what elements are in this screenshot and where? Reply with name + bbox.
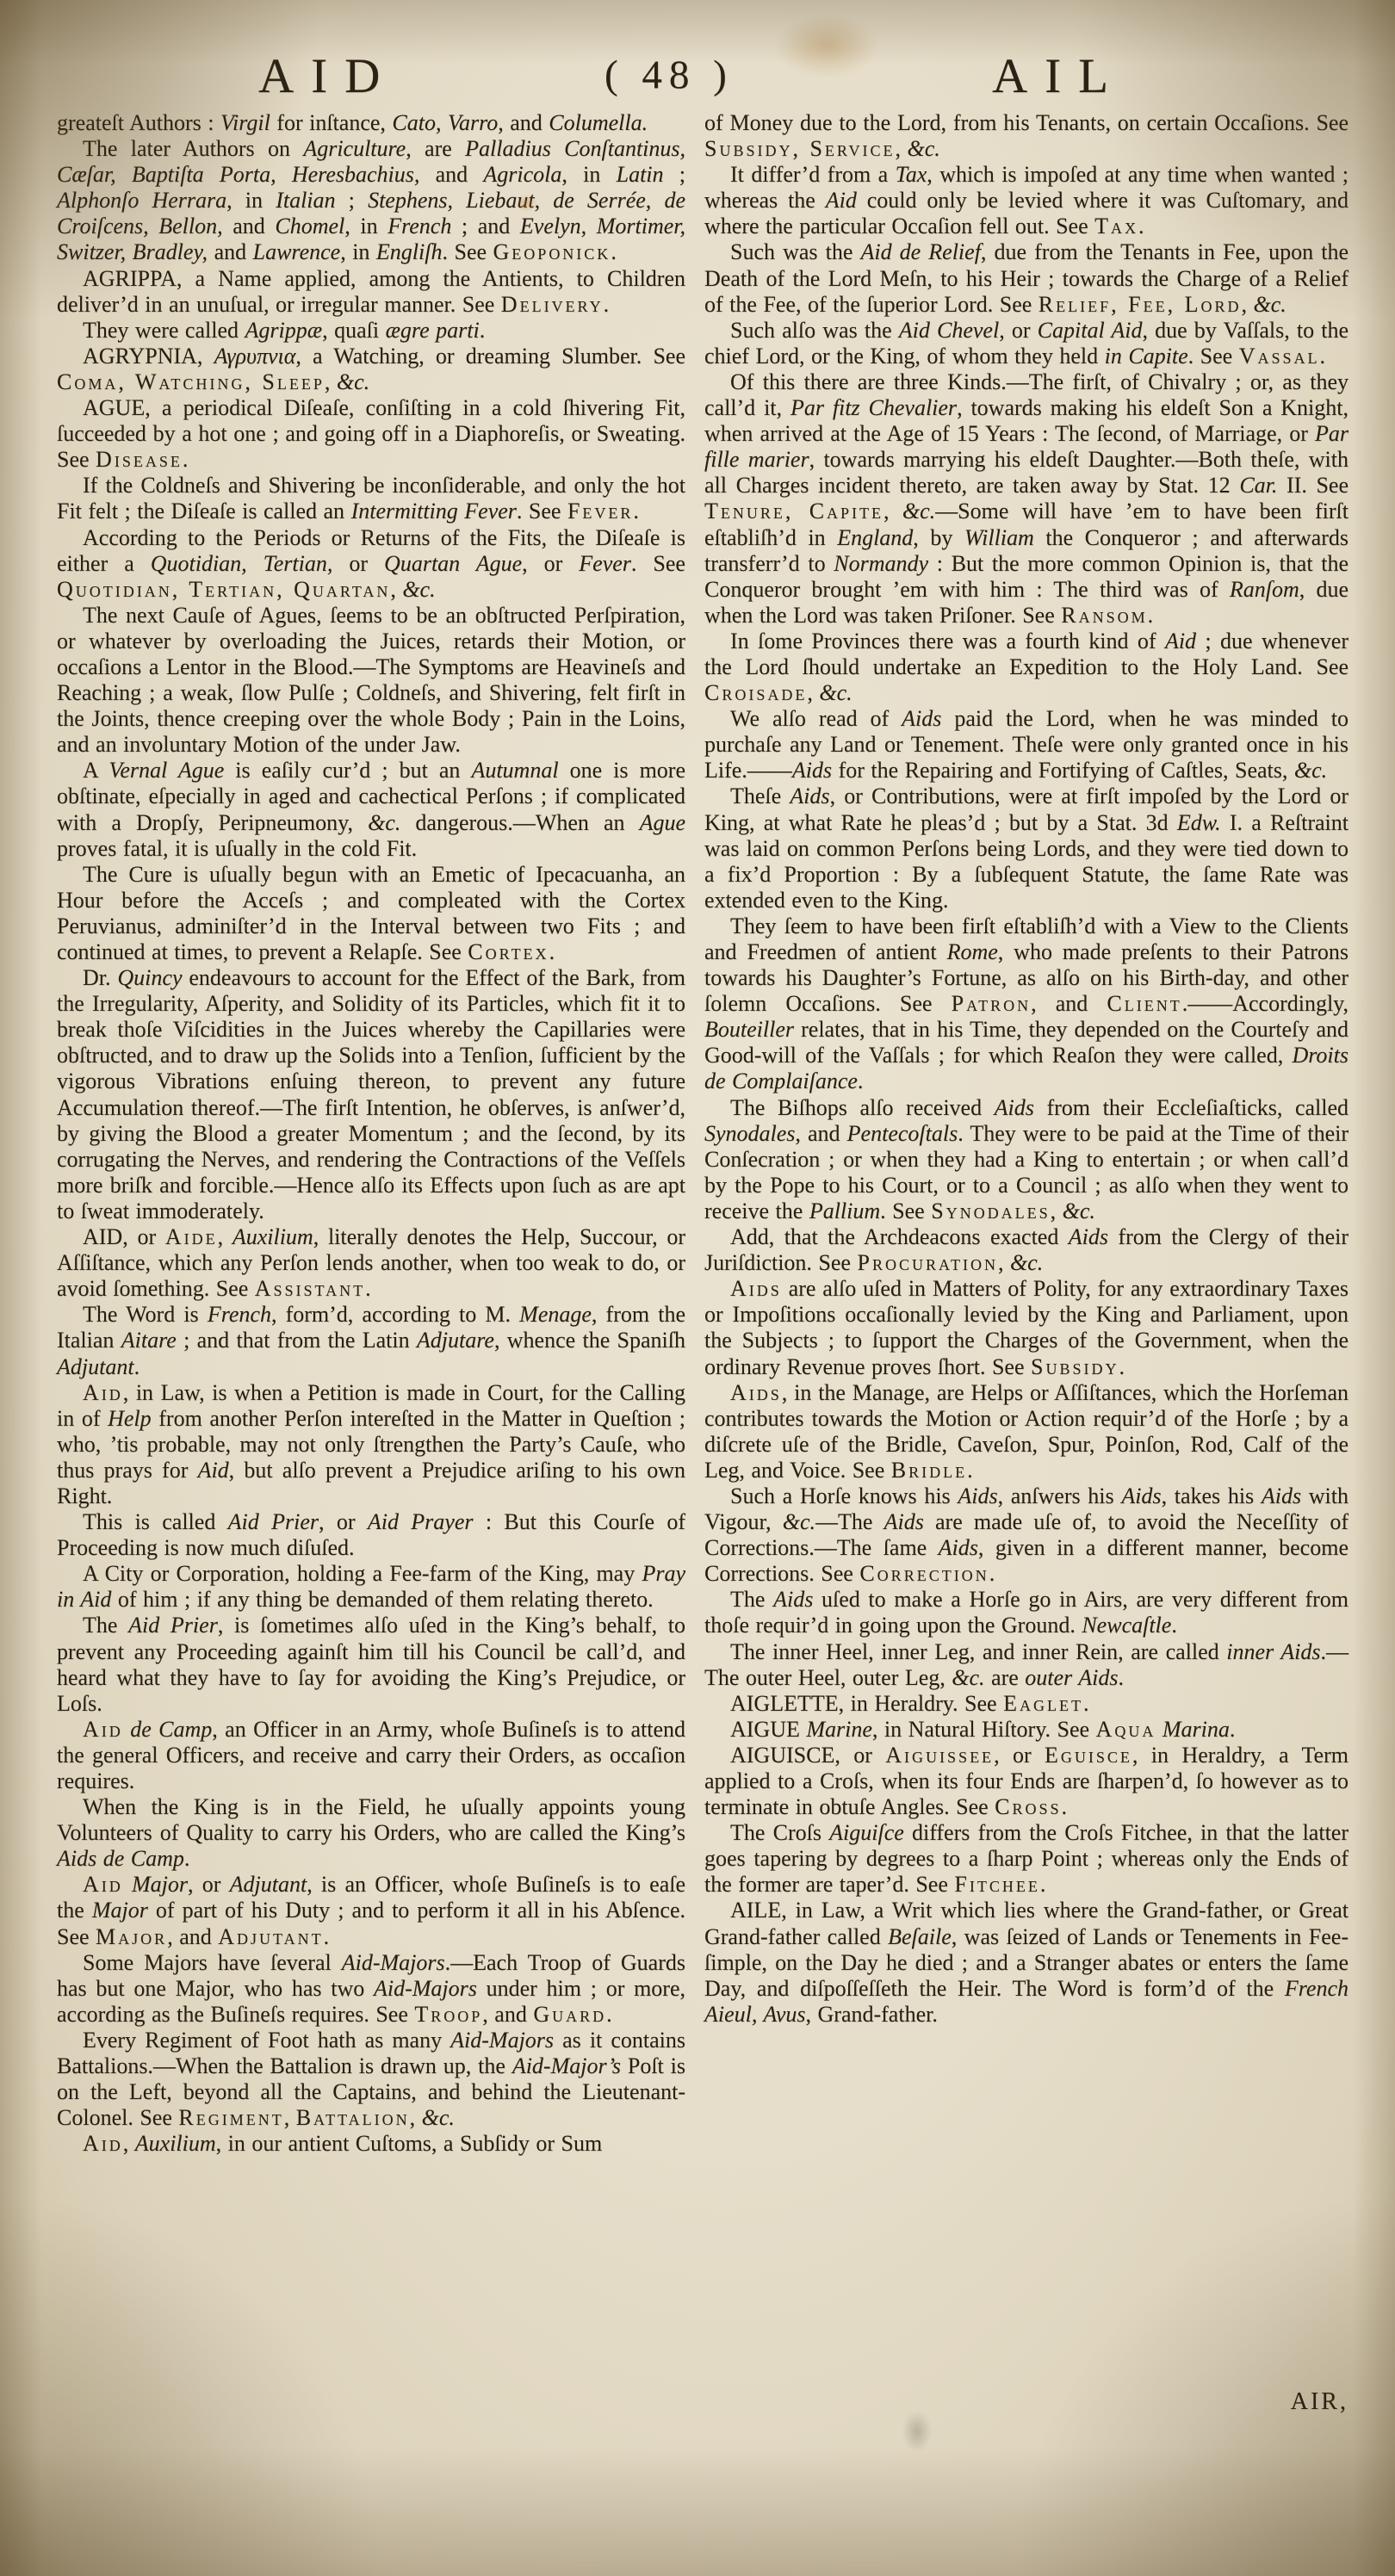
paragraph: When the King is in the Field, he uſuall… (57, 1794, 685, 1872)
paragraph: Aid, Auxilium, in our antient Cuſtoms, a… (57, 2131, 685, 2157)
paragraph: The Croſs Aiguiſce differs from the Croſ… (704, 1820, 1348, 1898)
running-head-left-title: AID (258, 48, 397, 104)
paragraph: The Aids uſed to make a Horſe go in Airs… (704, 1587, 1348, 1638)
paragraph: A Vernal Ague is eaſily cur’d ; but an A… (57, 758, 685, 861)
paragraph: Aid Major, or Adjutant, is an Officer, w… (57, 1872, 685, 1949)
paragraph: Aids are alſo uſed in Matters of Polity,… (704, 1276, 1348, 1379)
paragraph: According to the Periods or Returns of t… (57, 525, 685, 603)
text-column-left: greateſt Authors : Virgil for inſtance, … (57, 110, 685, 2157)
catchword: AIR, (1221, 2388, 1348, 2416)
paragraph: AGUE, a periodical Diſeaſe, conſiſting i… (57, 395, 685, 473)
paragraph: The Biſhops alſo received Aids from thei… (704, 1095, 1348, 1224)
paragraph: The inner Heel, inner Leg, and inner Rei… (704, 1639, 1348, 1691)
paragraph: AGRIPPA, a Name applied, among the Antie… (57, 266, 685, 318)
text-column-right: of Money due to the Lord, from his Tenan… (704, 110, 1348, 2028)
paragraph: Aid de Camp, an Officer in an Army, whoſ… (57, 1717, 685, 1794)
paragraph: Such alſo was the Aid Chevel, or Capital… (704, 318, 1348, 369)
paragraph: The Aid Prier, is ſometimes alſo uſed in… (57, 1613, 685, 1716)
paragraph: AIGUISCE, or Aiguissee, or Eguisce, in H… (704, 1743, 1348, 1820)
paragraph: The Word is French, form’d, according to… (57, 1302, 685, 1379)
paragraph: Theſe Aids, or Contributions, were at fi… (704, 783, 1348, 913)
paragraph: A City or Corporation, holding a Fee-far… (57, 1561, 685, 1613)
paragraph: Every Regiment of Foot hath as many Aid-… (57, 2028, 685, 2131)
running-head-right-title: AIL (992, 48, 1125, 104)
paragraph: Add, that the Archdeacons exacted Aids f… (704, 1224, 1348, 1276)
paragraph: AGRYPNIA, Αγρυπνια, a Watching, or dream… (57, 344, 685, 395)
paragraph: In ſome Provinces there was a fourth kin… (704, 629, 1348, 706)
paragraph: The later Authors on Agriculture, are Pa… (57, 136, 685, 265)
paragraph: We alſo read of Aids paid the Lord, when… (704, 706, 1348, 783)
paragraph: The Cure is uſually begun with an Emetic… (57, 862, 685, 965)
paragraph: greateſt Authors : Virgil for inſtance, … (57, 110, 685, 136)
paragraph: Such was the Aid de Relief, due from the… (704, 239, 1348, 317)
page-number: ( 48 ) (604, 52, 734, 98)
paragraph: AIGLETTE, in Heraldry. See Eaglet. (704, 1691, 1348, 1717)
paragraph: Dr. Quincy endeavours to account for the… (57, 965, 685, 1224)
paragraph: AILE, in Law, a Writ which lies where th… (704, 1898, 1348, 2027)
paragraph: Aids, in the Manage, are Helps or Aſſiſt… (704, 1380, 1348, 1483)
paragraph: They ſeem to have been firſt eſtabliſh’d… (704, 913, 1348, 1095)
running-head: AID ( 48 ) AIL (0, 40, 1395, 117)
ink-smudge (902, 2411, 932, 2452)
paragraph: Such a Horſe knows his Aids, anſwers his… (704, 1483, 1348, 1587)
paragraph: AIGUE Marine, in Natural Hiſtory. See Aq… (704, 1717, 1348, 1743)
paragraph: The next Cauſe of Agues, ſeems to be an … (57, 603, 685, 759)
paragraph: They were called Agrippæ, quaſi ægre par… (57, 318, 685, 344)
paragraph: Some Majors have ſeveral Aid-Majors.—Eac… (57, 1950, 685, 2028)
paragraph: Of this there are three Kinds.—The firſt… (704, 369, 1348, 629)
paragraph: This is called Aid Prier, or Aid Prayer … (57, 1509, 685, 1561)
paragraph: Aid, in Law, is when a Petition is made … (57, 1380, 685, 1509)
paragraph: of Money due to the Lord, from his Tenan… (704, 110, 1348, 162)
paragraph: It differ’d from a Tax, which is impoſed… (704, 162, 1348, 239)
book-page-scan: AID ( 48 ) AIL greateſt Authors : Virgil… (0, 0, 1395, 2576)
paragraph: AID, or Aide, Auxilium, literally denote… (57, 1224, 685, 1302)
paragraph: If the Coldneſs and Shivering be inconſi… (57, 473, 685, 524)
